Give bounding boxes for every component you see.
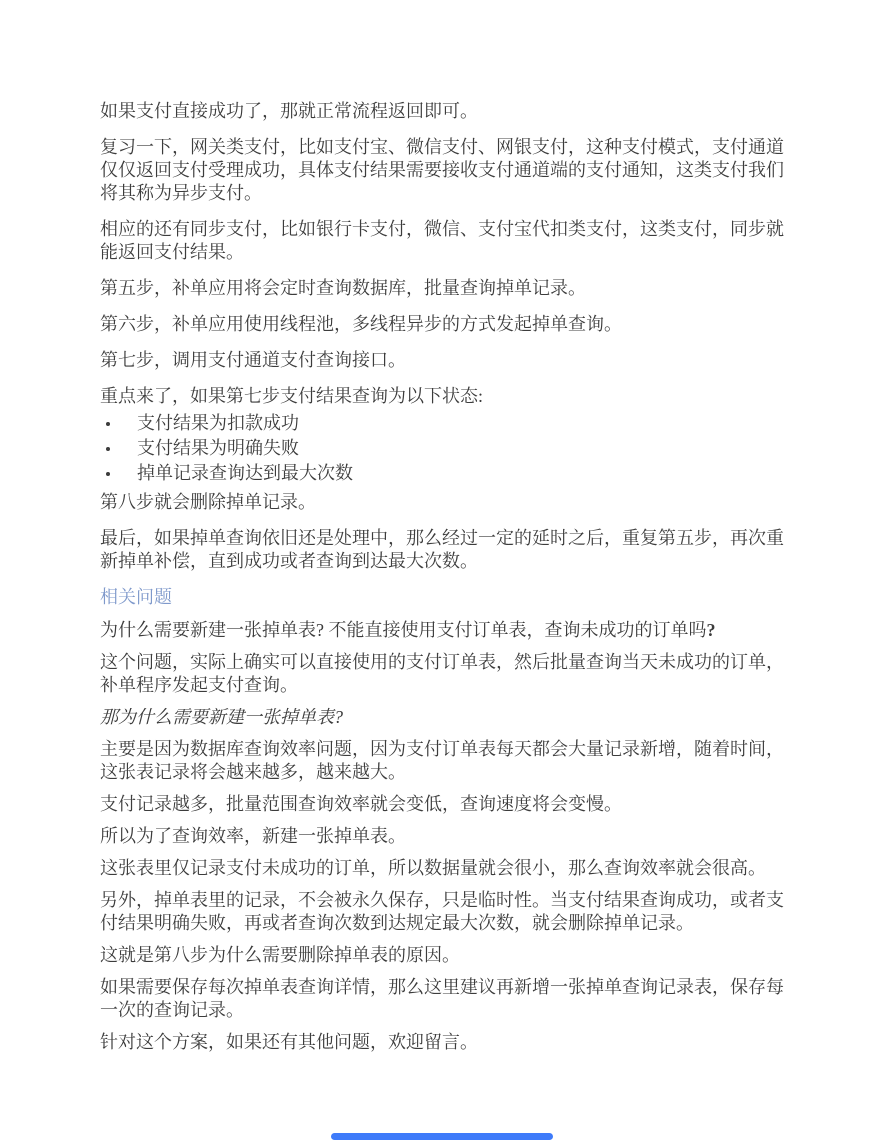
article-body: 如果支付直接成功了，那就正常流程返回即可。 复习一下，网关类支付，比如支付宝、微… [0, 0, 884, 1063]
list-item: 掉单记录查询达到最大次数 [100, 462, 784, 485]
question-mark-bold: ? [707, 620, 716, 640]
closing-paragraph: 针对这个方案，如果还有其他问题，欢迎留言。 [100, 1031, 784, 1054]
question-text: 为什么需要新建一张掉单表? 不能直接使用支付订单表，查询未成功的订单吗 [100, 620, 707, 640]
status-list: 支付结果为扣款成功 支付结果为明确失败 掉单记录查询达到最大次数 [100, 412, 784, 485]
new-table-paragraph: 所以为了查询效率，新建一张掉单表。 [100, 825, 784, 848]
query-log-paragraph: 如果需要保存每次掉单表查询详情，那么这里建议再新增一张掉单查询记录表，保存每一次… [100, 976, 784, 1022]
delete-reason-paragraph: 这就是第八步为什么需要删除掉单表的原因。 [100, 944, 784, 967]
small-table-paragraph: 这张表里仅记录支付未成功的订单，所以数据量就会很小，那么查询效率就会很高。 [100, 857, 784, 880]
async-note-quote: 复习一下，网关类支付，比如支付宝、微信支付、网银支付，这种支付模式，支付通道仅仅… [100, 136, 784, 205]
document-page: 如果支付直接成功了，那就正常流程返回即可。 复习一下，网关类支付，比如支付宝、微… [0, 0, 884, 1144]
step7-paragraph: 第七步，调用支付通道支付查询接口。 [100, 349, 784, 372]
scroll-indicator-bar[interactable] [331, 1133, 553, 1140]
temporary-records-paragraph: 另外，掉单表里的记录，不会被永久保存，只是临时性。当支付结果查询成功，或者支付结… [100, 889, 784, 935]
list-item: 支付结果为明确失败 [100, 437, 784, 460]
emphasis-paragraph: 重点来了，如果第七步支付结果查询为以下状态: [100, 385, 784, 408]
section-heading-related-questions: 相关问题 [100, 586, 784, 609]
question-paragraph: 为什么需要新建一张掉单表? 不能直接使用支付订单表，查询未成功的订单吗? [100, 619, 784, 642]
italic-subquestion: 那为什么需要新建一张掉单表? [100, 706, 784, 729]
related-questions-section: 相关问题 为什么需要新建一张掉单表? 不能直接使用支付订单表，查询未成功的订单吗… [100, 586, 784, 1054]
process-section: 如果支付直接成功了，那就正常流程返回即可。 复习一下，网关类支付，比如支付宝、微… [100, 100, 784, 573]
answer-paragraph: 这个问题，实际上确实可以直接使用的支付订单表，然后批量查询当天未成功的订单，补单… [100, 651, 784, 697]
sync-note-quote: 相应的还有同步支付，比如银行卡支付，微信、支付宝代扣类支付，这类支付，同步就能返… [100, 218, 784, 264]
step5-paragraph: 第五步，补单应用将会定时查询数据库，批量查询掉单记录。 [100, 277, 784, 300]
list-item: 支付结果为扣款成功 [100, 412, 784, 435]
step8-paragraph: 第八步就会删除掉单记录。 [100, 491, 784, 514]
reason-paragraph: 主要是因为数据库查询效率问题，因为支付订单表每天都会大量记录新增，随着时间，这张… [100, 738, 784, 784]
retry-paragraph: 最后，如果掉单查询依旧还是处理中，那么经过一定的延时之后，重复第五步，再次重新掉… [100, 527, 784, 573]
step6-paragraph: 第六步，补单应用使用线程池，多线程异步的方式发起掉单查询。 [100, 313, 784, 336]
records-growth-paragraph: 支付记录越多，批量范围查询效率就会变低，查询速度将会变慢。 [100, 793, 784, 816]
intro-paragraph: 如果支付直接成功了，那就正常流程返回即可。 [100, 100, 784, 123]
